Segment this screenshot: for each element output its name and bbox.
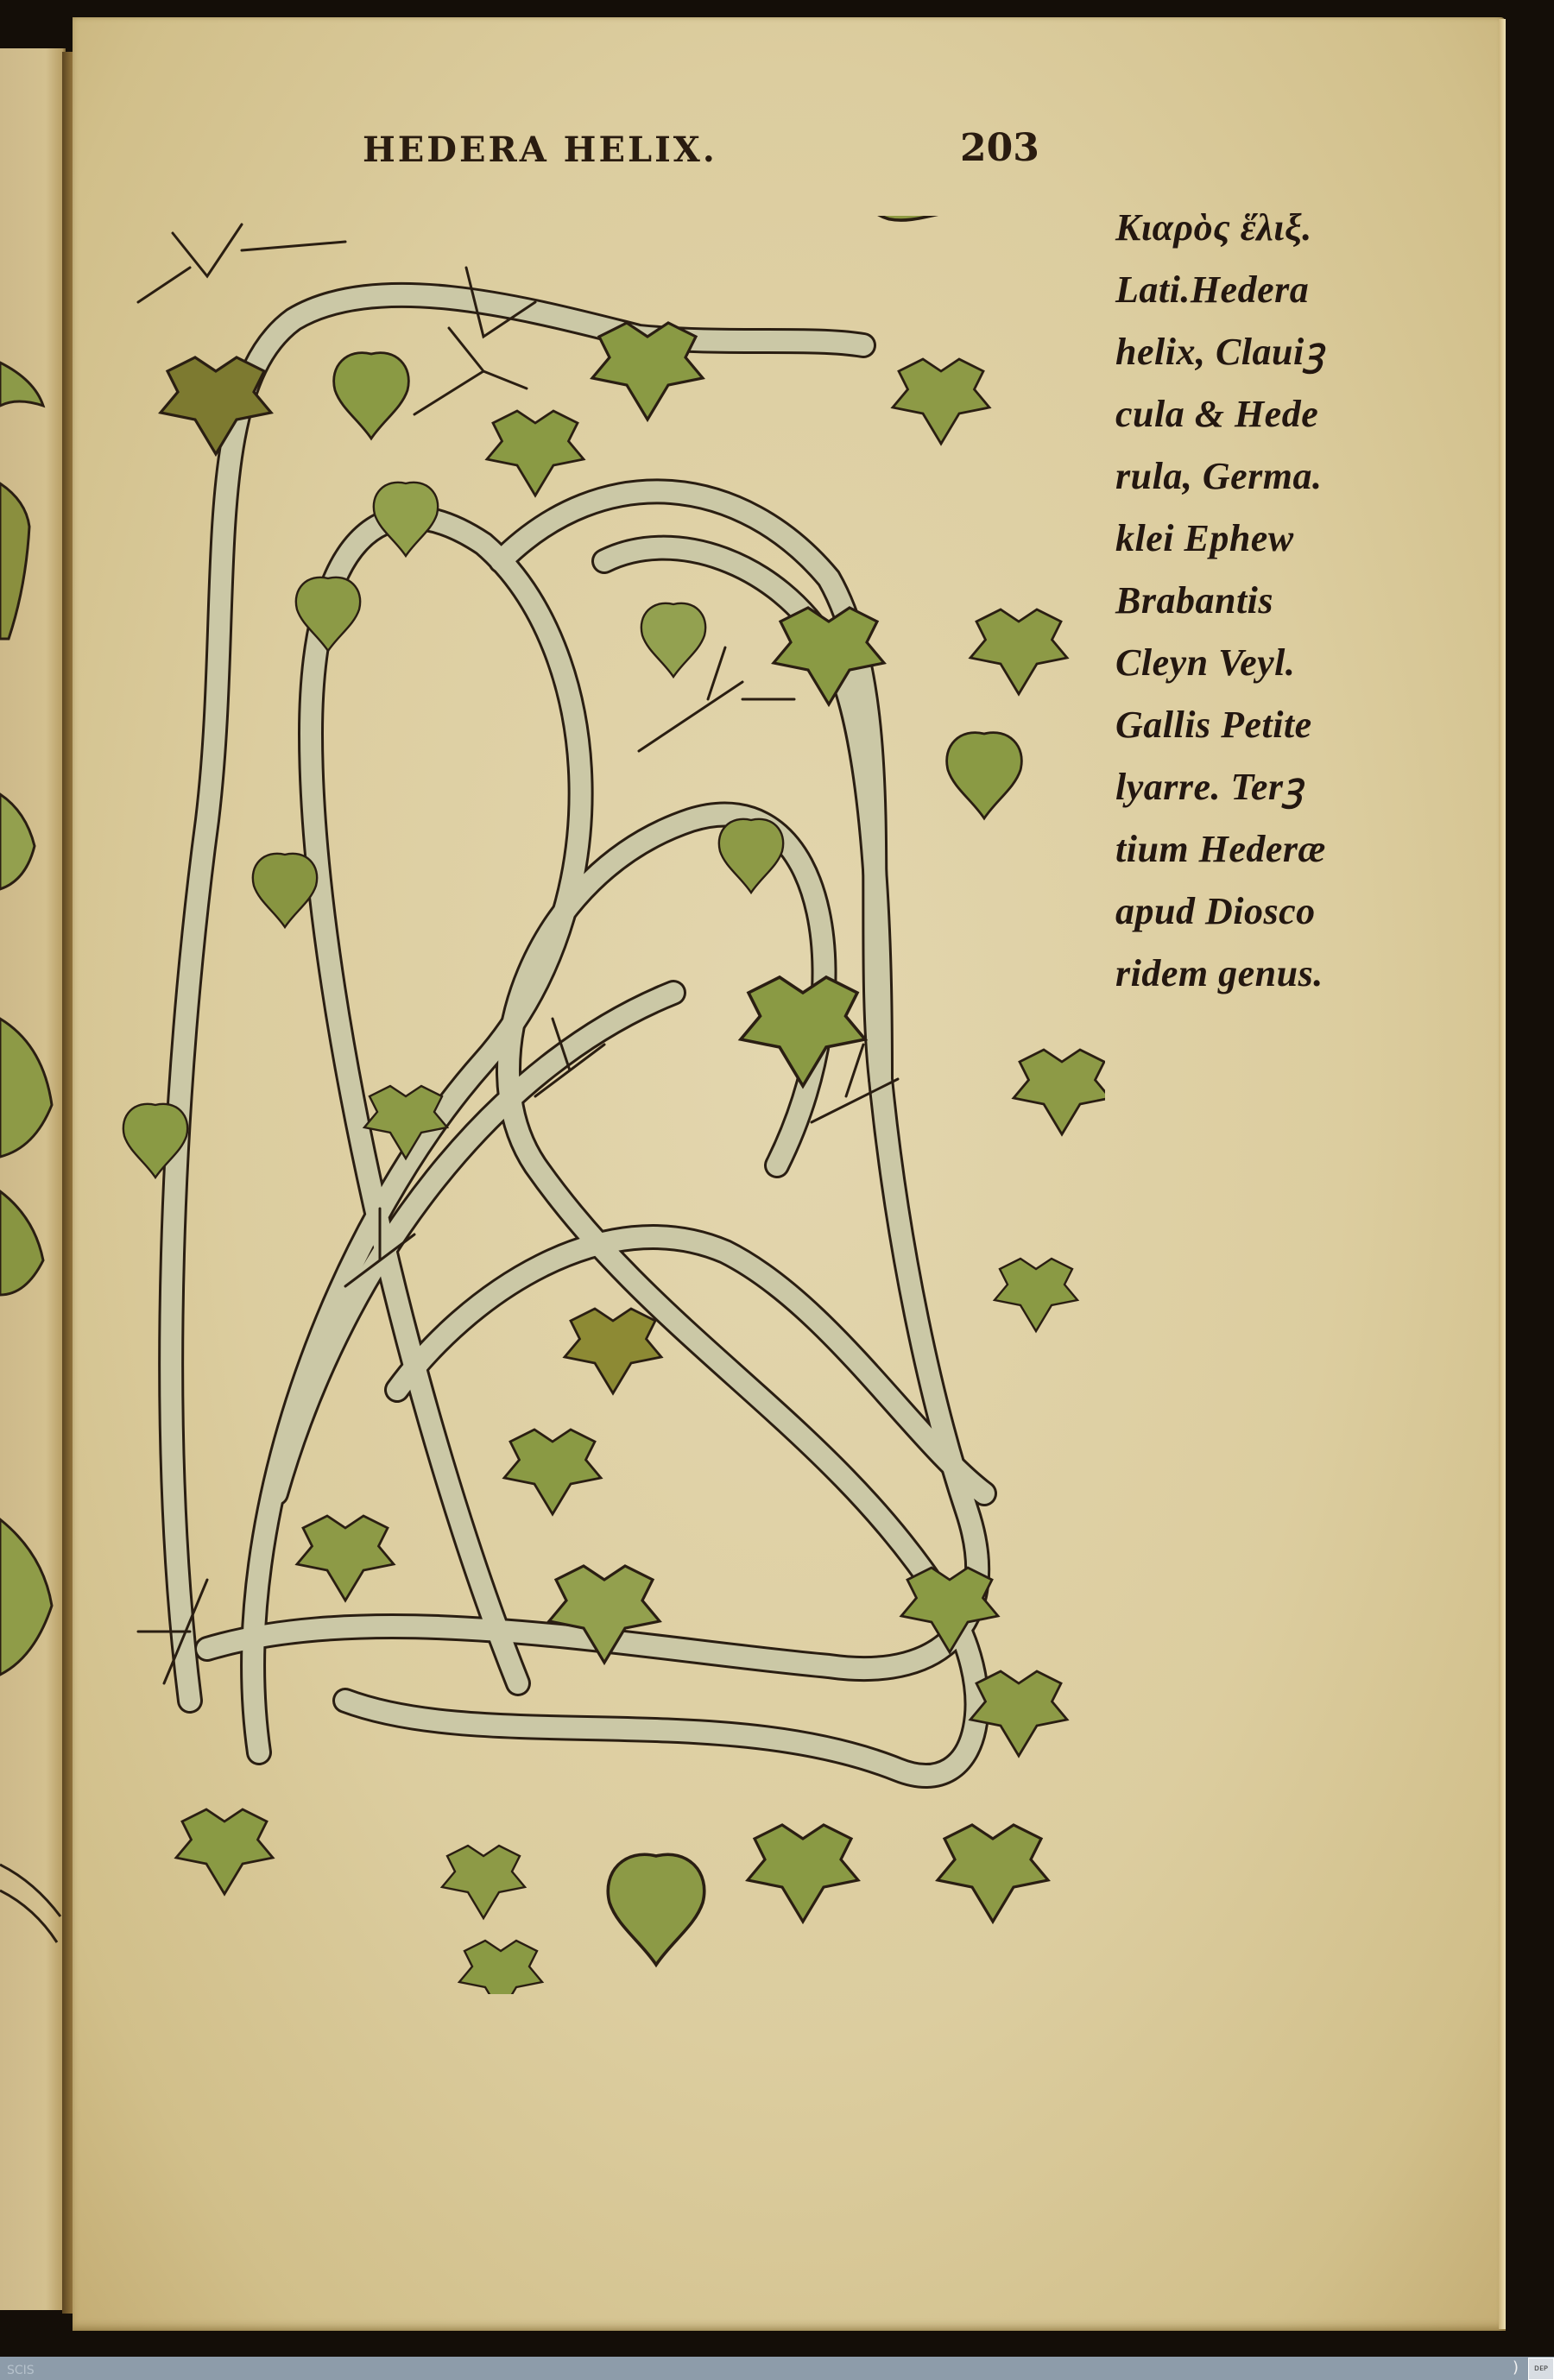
text-line: ridem genus. [1115,943,1426,1005]
running-head: HEDERA HELIX. [363,129,717,170]
synonym-text-block: Κιαρὸς ἕλιξ. Lati.Hedera helix, Clauiꝫ c… [1115,197,1426,1005]
page-right-edge [1499,19,1506,2329]
text-line: klei Ephew [1115,508,1426,570]
viewer-badge-icon[interactable]: ᴅᴇᴘ [1528,2358,1554,2380]
text-line: Cleyn Veyl. [1115,632,1426,694]
viewer-status-bar [0,2357,1554,2380]
text-line: helix, Clauiꝫ [1115,321,1426,383]
text-line: apud Diosco [1115,881,1426,943]
text-line: Gallis Petite [1115,694,1426,756]
text-line: Brabantis [1115,570,1426,632]
viewer-label: SCIS [7,2364,35,2377]
viewer-bracket-glyph: ) [1513,2358,1519,2377]
text-line: lyarre. Terꝫ [1115,756,1426,818]
facing-page-illustration-fragment [0,328,66,1968]
text-line: tium Hederæ [1115,818,1426,881]
text-line: Lati.Hedera [1115,259,1426,321]
text-line: cula & Hede [1115,383,1426,445]
text-line: Κιαρὸς ἕλιξ. [1115,197,1426,259]
page-number: 203 [960,126,1039,170]
ivy-illustration [121,216,1105,1994]
text-line: rula, Germa. [1115,445,1426,508]
